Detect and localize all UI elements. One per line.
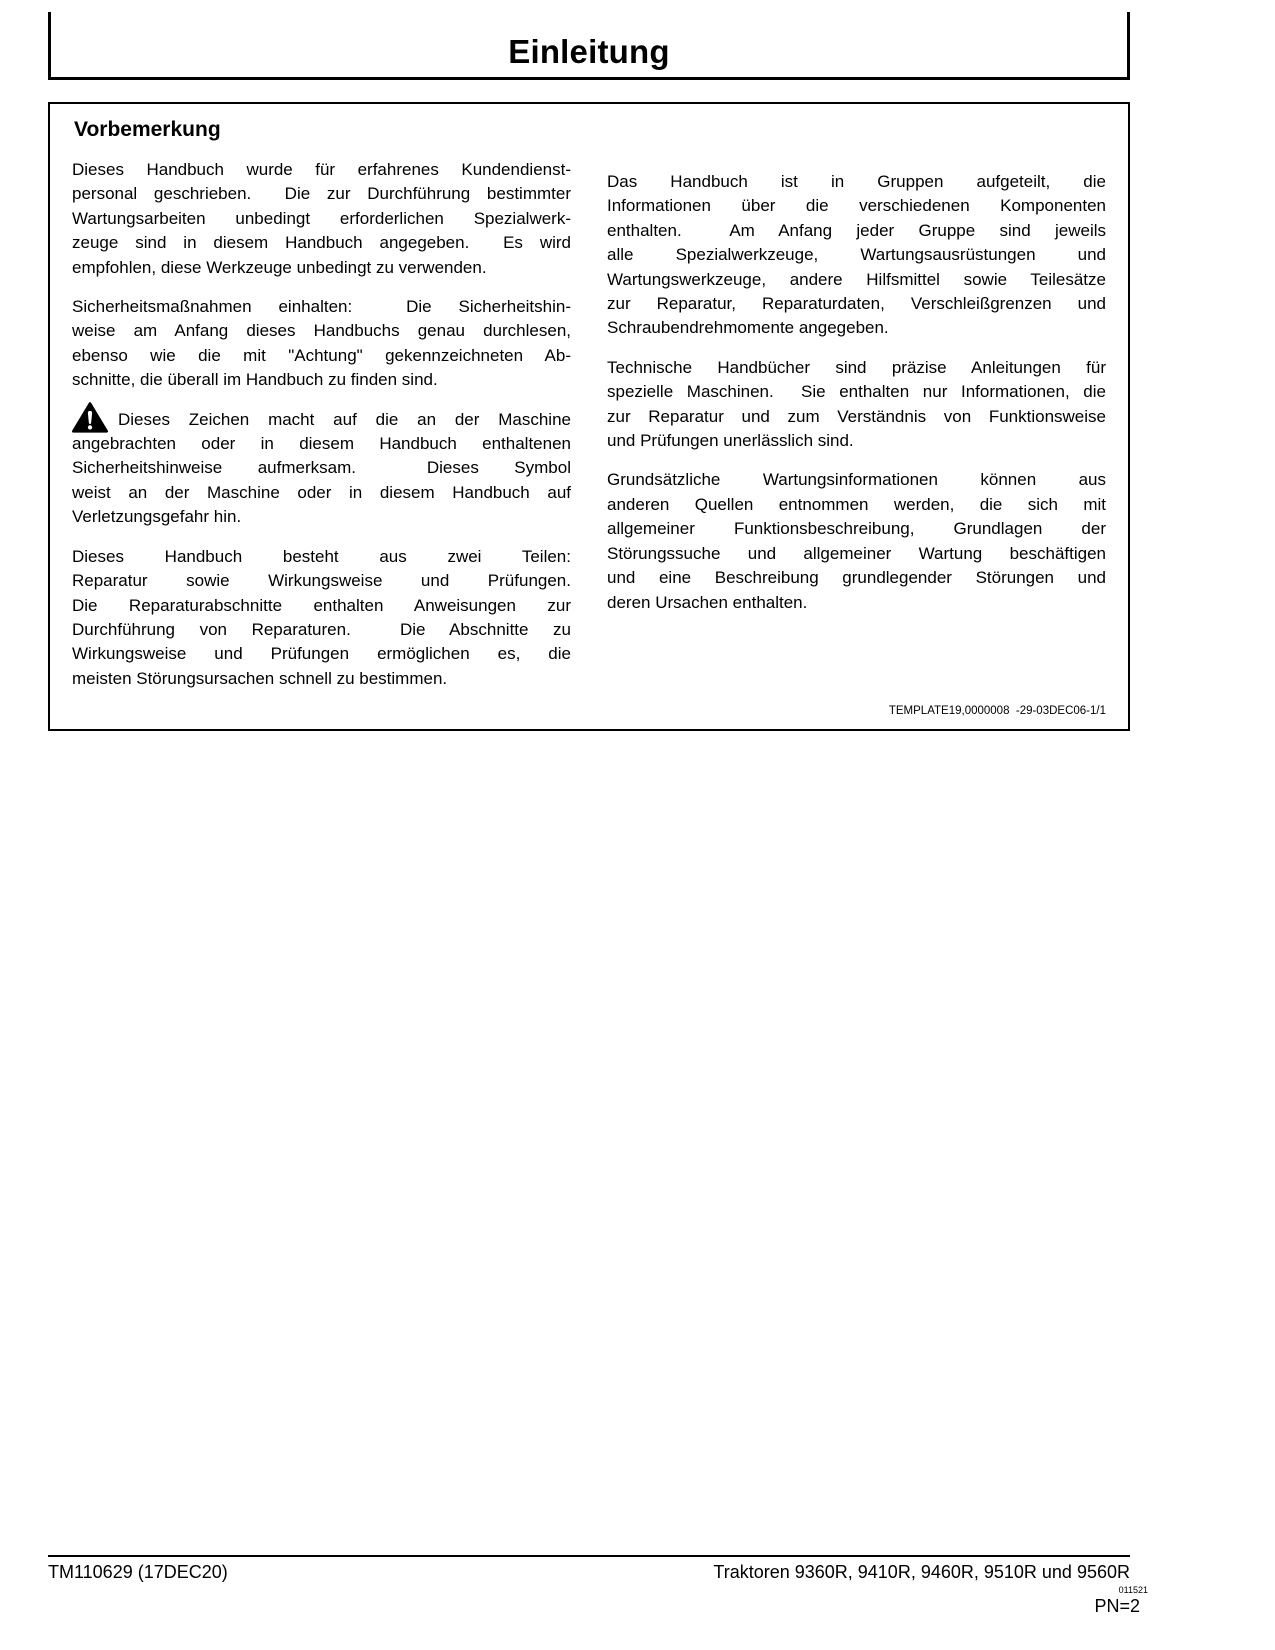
text-line: personal geschrieben. Die zur Durchführu… (72, 182, 571, 206)
text-line: Sicherheitshinweise aufmerksam. Dieses S… (72, 456, 571, 480)
paragraph: Das Handbuch ist in Gruppen aufgeteilt, … (607, 170, 1106, 341)
manual-number: TM110629 (17DEC20) (48, 1562, 228, 1583)
text-line: anderen Quellen entnommen werden, die si… (607, 493, 1106, 517)
text-line: Durchführung von Reparaturen. Die Abschn… (72, 618, 571, 642)
text-line: deren Ursachen enthalten. (607, 591, 1106, 615)
safety-alert-icon (72, 402, 110, 434)
paragraph: Dieses Handbuch besteht aus zwei Teilen:… (72, 545, 571, 691)
model-list: Traktoren 9360R, 9410R, 9460R, 9510R und… (713, 1562, 1130, 1583)
text-line: Technische Handbücher sind präzise Anlei… (607, 356, 1106, 380)
text-line: Dieses Handbuch besteht aus zwei Teilen: (72, 545, 571, 569)
paragraph-with-safety-symbol: Dieses Zeichen macht auf die an der Masc… (72, 408, 571, 530)
text-line: Wartungsarbeiten unbedingt erforderliche… (72, 207, 571, 231)
text-line: Sicherheitsmaßnahmen einhalten: Die Sich… (72, 295, 571, 319)
paragraph: Sicherheitsmaßnahmen einhalten: Die Sich… (72, 295, 571, 393)
text-line: angebrachten oder in diesem Handbuch ent… (72, 432, 571, 456)
template-reference: TEMPLATE19,0000008 -29-03DEC06-1/1 (72, 705, 1106, 717)
text-line: und Prüfungen unerlässlich sind. (607, 429, 1106, 453)
text-line: ebenso wie die mit "Achtung" gekennzeich… (72, 344, 571, 368)
paragraph: Grundsätzliche Wartungsinformationen kön… (607, 468, 1106, 614)
paragraph-text: Dieses Zeichen macht auf die an der Masc… (72, 408, 571, 530)
text-line: Störungssuche und allgemeiner Wartung be… (607, 542, 1106, 566)
text-line: empfohlen, diese Werkzeuge unbedingt zu … (72, 256, 571, 280)
text-line: allgemeiner Funktionsbeschreibung, Grund… (607, 517, 1106, 541)
text-line: Die Reparaturabschnitte enthalten Anweis… (72, 594, 571, 618)
text-line: zur Reparatur und zum Verständnis von Fu… (607, 405, 1106, 429)
text-line: meisten Störungsursachen schnell zu best… (72, 667, 571, 691)
right-column: Das Handbuch ist in Gruppen aufgeteilt, … (607, 158, 1106, 691)
footer-right-block: Traktoren 9360R, 9410R, 9460R, 9510R und… (713, 1562, 1130, 1617)
two-column-text: Dieses Handbuch wurde für erfahrenes Kun… (72, 158, 1106, 691)
text-line: schnitte, die überall im Handbuch zu fin… (72, 368, 571, 392)
page: Einleitung Vorbemerkung Dieses Handbuch … (0, 0, 1275, 1650)
print-code: 011521 (713, 1585, 1148, 1595)
text-line: enthalten. Am Anfang jeder Gruppe sind j… (607, 219, 1106, 243)
section-heading: Vorbemerkung (74, 118, 1106, 142)
paragraph: Dieses Handbuch wurde für erfahrenes Kun… (72, 158, 571, 280)
text-line: Dieses Handbuch wurde für erfahrenes Kun… (72, 158, 571, 182)
text-line: weist an der Maschine oder in diesem Han… (72, 481, 571, 505)
footer-row: TM110629 (17DEC20) Traktoren 9360R, 9410… (48, 1562, 1130, 1617)
text-line: und eine Beschreibung grundlegender Stör… (607, 566, 1106, 590)
footer-rule (48, 1555, 1130, 1557)
content-box: Vorbemerkung Dieses Handbuch wurde für e… (48, 102, 1130, 731)
page-title: Einleitung (508, 35, 670, 68)
text-line: zur Reparatur, Reparaturdaten, Verschlei… (607, 292, 1106, 316)
text-line: weise am Anfang dieses Handbuchs genau d… (72, 319, 571, 343)
text-line: alle Spezialwerkzeuge, Wartungsausrüstun… (607, 243, 1106, 267)
text-line: Grundsätzliche Wartungsinformationen kön… (607, 468, 1106, 492)
text-line: spezielle Maschinen. Sie enthalten nur I… (607, 380, 1106, 404)
text-line: Wartungswerkzeuge, andere Hilfsmittel so… (607, 268, 1106, 292)
header-box: Einleitung (48, 12, 1130, 80)
text-line: Das Handbuch ist in Gruppen aufgeteilt, … (607, 170, 1106, 194)
text-line: Verletzungsgefahr hin. (72, 505, 571, 529)
footer: TM110629 (17DEC20) Traktoren 9360R, 9410… (48, 1555, 1130, 1617)
text-line: Wirkungsweise und Prüfungen ermöglichen … (72, 642, 571, 666)
text-line: Reparatur sowie Wirkungsweise und Prüfun… (72, 569, 571, 593)
text-line: zeuge sind in diesem Handbuch angegeben.… (72, 231, 571, 255)
text-line: Informationen über die verschiedenen Kom… (607, 194, 1106, 218)
page-number: PN=2 (713, 1596, 1140, 1617)
text-line: Schraubendrehmomente angegeben. (607, 316, 1106, 340)
text-line: Dieses Zeichen macht auf die an der Masc… (72, 408, 571, 432)
left-column: Dieses Handbuch wurde für erfahrenes Kun… (72, 158, 571, 691)
paragraph: Technische Handbücher sind präzise Anlei… (607, 356, 1106, 454)
